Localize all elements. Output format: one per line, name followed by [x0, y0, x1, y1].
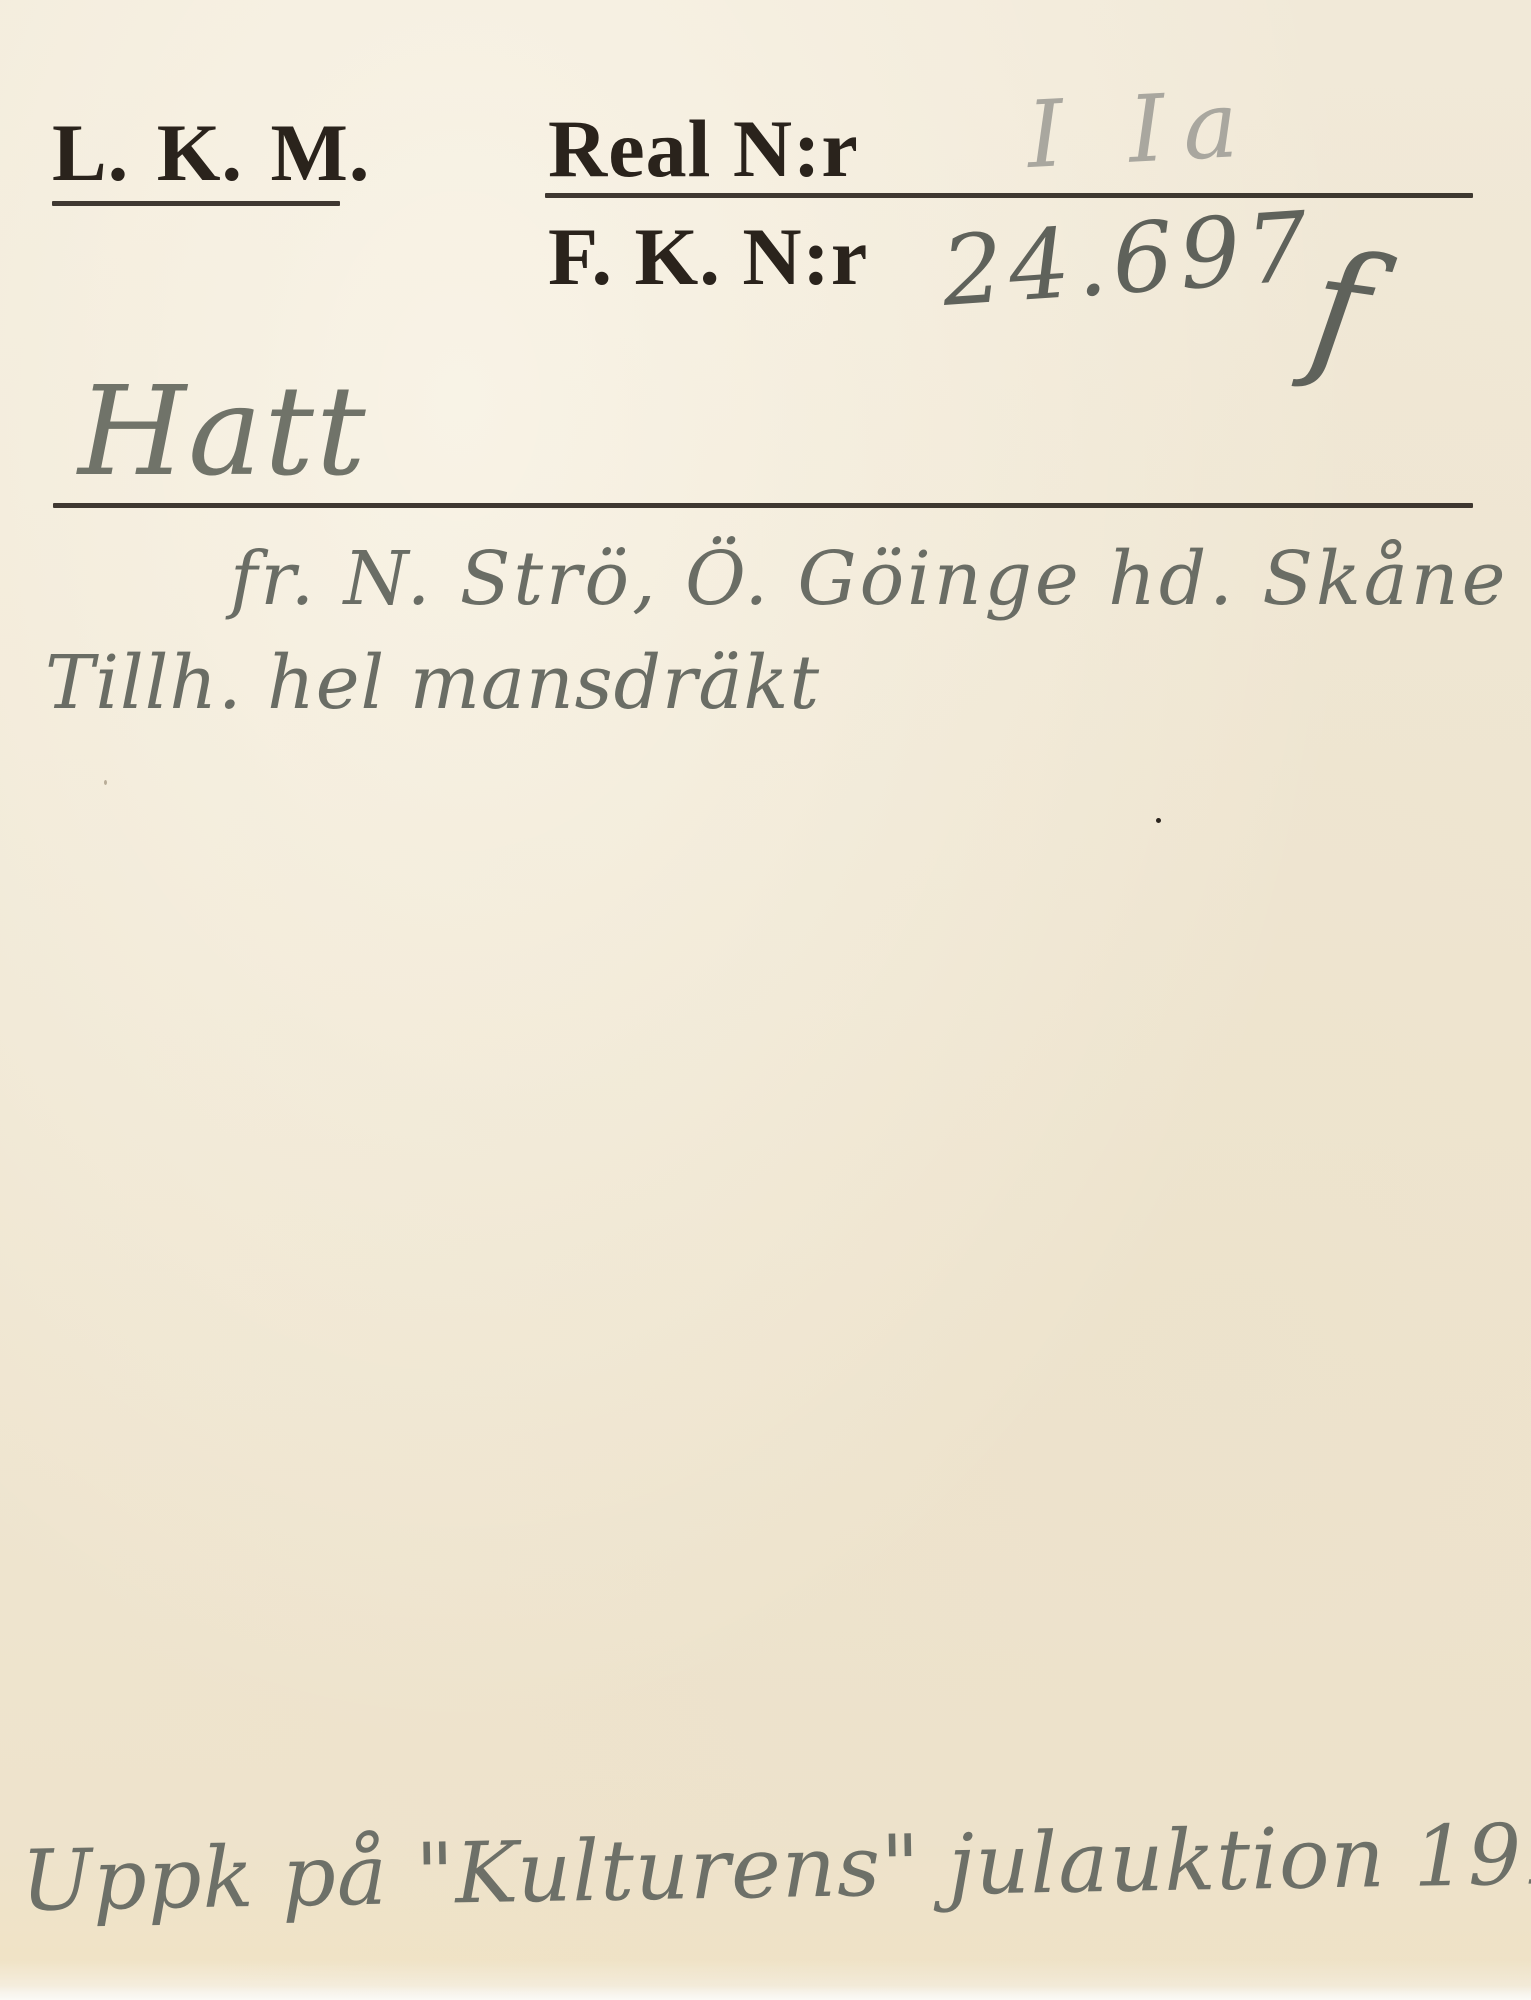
card-bottom-edge	[0, 1986, 1531, 2000]
real-nr-label: Real N:r	[548, 102, 859, 196]
provenance-line: Uppk på "Kulturens" julauktion 1915	[20, 1804, 1531, 1930]
description-line-1: fr. N. Strö, Ö. Göinge hd. Skåne	[230, 536, 1508, 622]
catalog-card: L. K. M. Real N:r I Ia F. K. N:r 24.697 …	[0, 0, 1531, 2000]
description-line-2: Tillh. hel mansdräkt	[45, 640, 820, 726]
institution-label: L. K. M.	[52, 106, 370, 200]
real-nr-value: I Ia	[1024, 70, 1258, 189]
object-rule	[53, 503, 1473, 508]
institution-underline	[52, 201, 340, 206]
fk-nr-value: 24.697	[938, 190, 1317, 328]
fk-nr-label: F. K. N:r	[548, 210, 868, 304]
real-nr-rule	[545, 193, 1473, 198]
object-name: Hatt	[78, 360, 368, 504]
ink-speck	[1156, 818, 1161, 823]
ink-speck	[104, 780, 107, 785]
